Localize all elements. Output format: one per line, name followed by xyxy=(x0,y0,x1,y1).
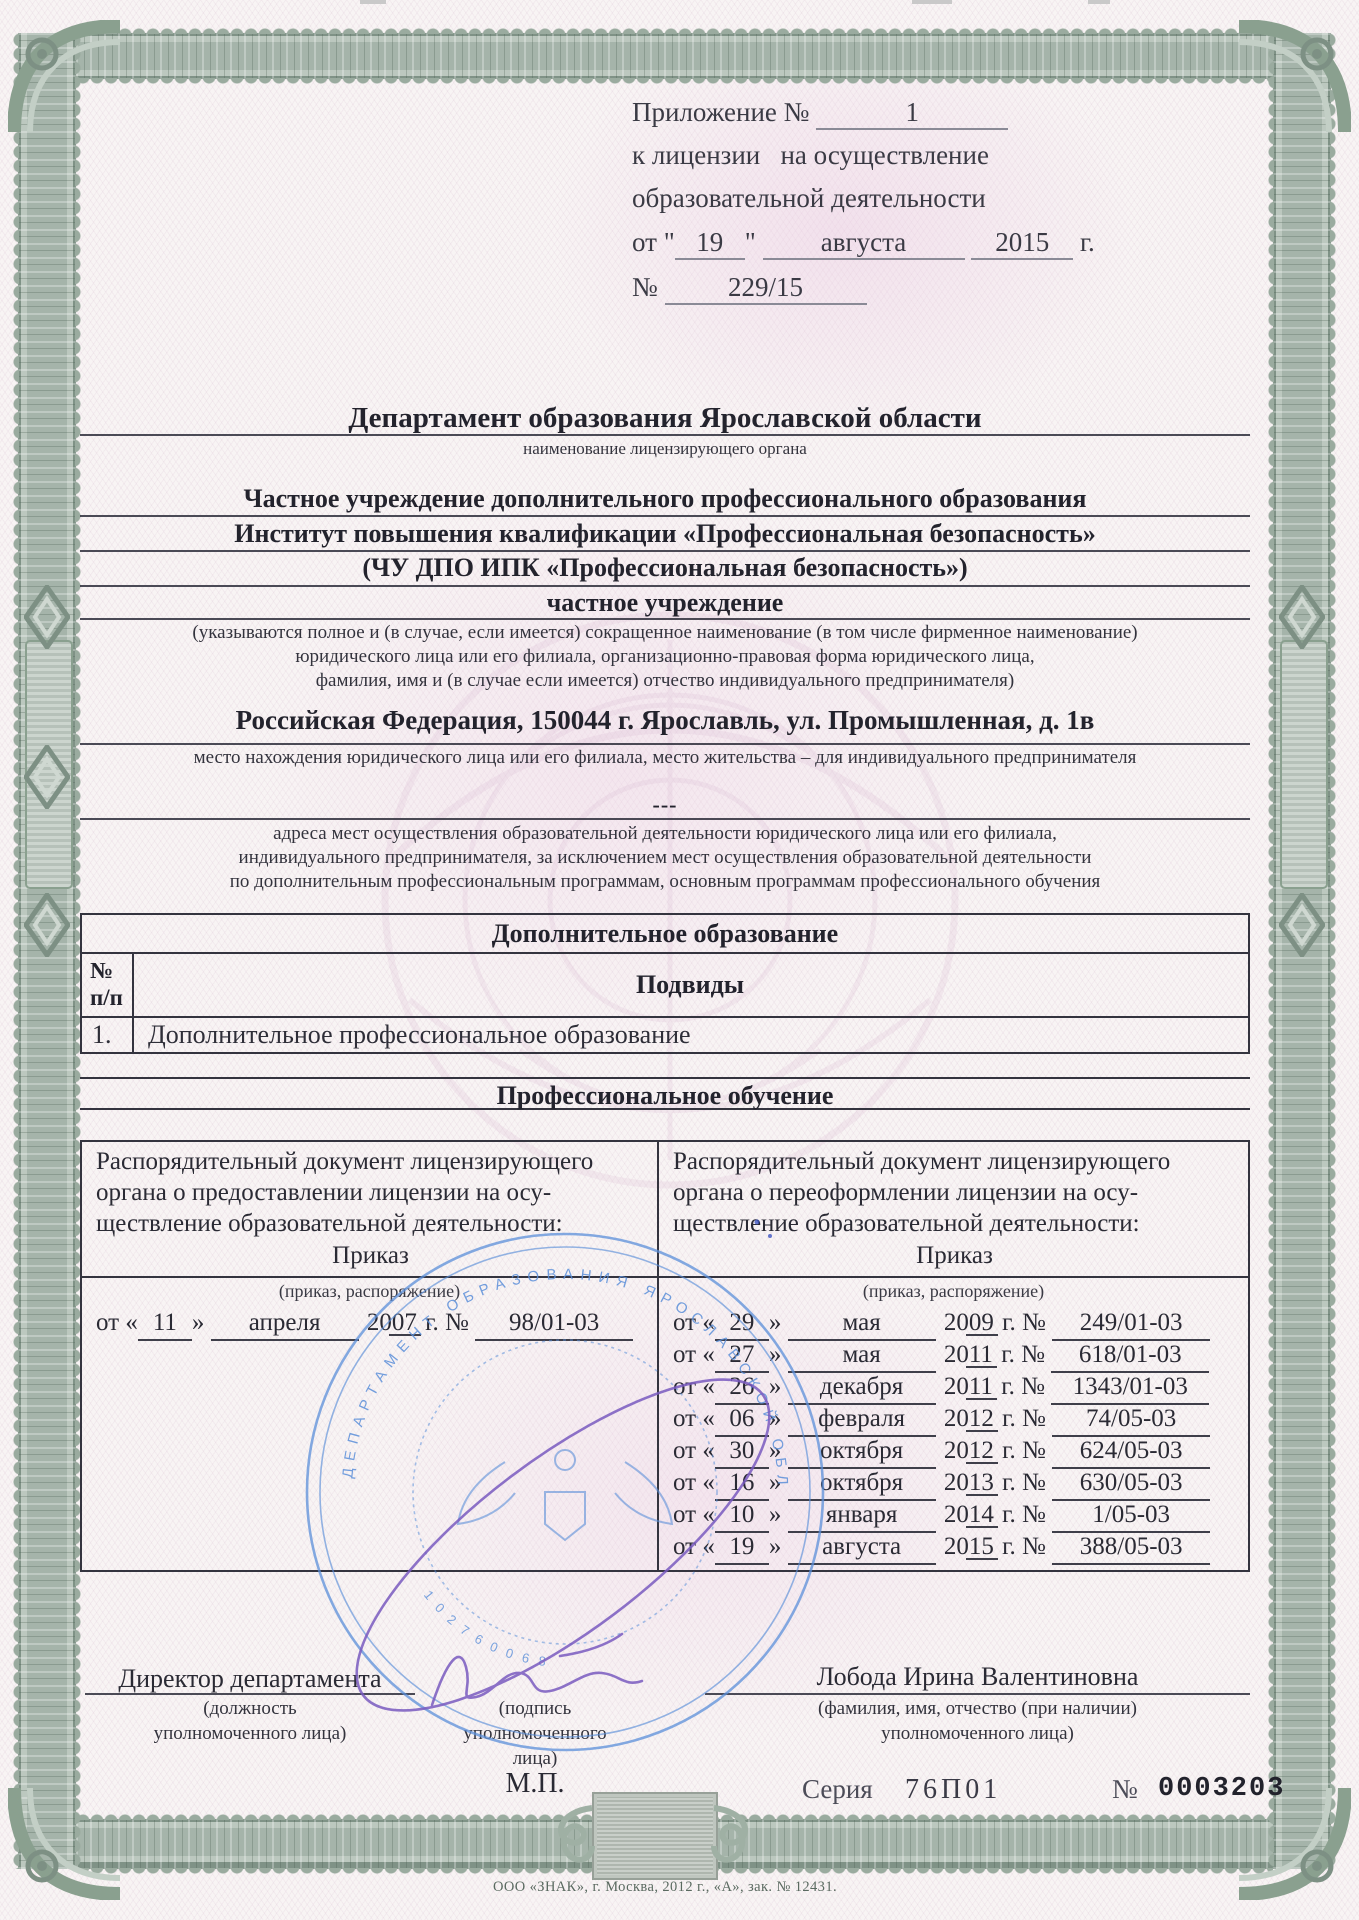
signer-position: Директор департамента xyxy=(85,1664,415,1694)
order-month: мая xyxy=(788,1339,936,1373)
rule xyxy=(80,743,1250,745)
order-number: 74/05-03 xyxy=(1052,1403,1210,1437)
position-caption-1: (должность xyxy=(85,1698,415,1720)
organization-note-line: юридического лица или его филиала, орган… xyxy=(80,645,1250,669)
license-date-year: 2015 xyxy=(971,227,1073,260)
order-number: 249/01-03 xyxy=(1052,1307,1210,1341)
sign-caption-3: лица) xyxy=(395,1748,675,1770)
table-title: Дополнительное образование xyxy=(82,915,1248,954)
licensor-caption: наименование лицензирующего органа xyxy=(80,439,1250,459)
rule xyxy=(85,1693,415,1695)
order-row: от «16» октября 2013 г. № 630/05-03 xyxy=(673,1467,1248,1499)
activity-address-note-line: по дополнительным профессиональным прогр… xyxy=(80,870,1250,894)
license-date-month: августа xyxy=(763,227,965,260)
order-day: 10 xyxy=(715,1499,769,1533)
order-row: от «19» августа 2015 г. № 388/05-03 xyxy=(673,1531,1248,1563)
order-year: 2014 xyxy=(942,1499,996,1531)
order-month: января xyxy=(788,1499,936,1533)
scan-mark xyxy=(360,0,386,4)
scan-mark xyxy=(912,0,952,4)
order-day: 30 xyxy=(715,1435,769,1469)
border-knot-ornament xyxy=(24,585,70,649)
reissue-order-header: Распорядительный документ лицензирующего… xyxy=(659,1142,1248,1278)
row-value: Дополнительное профессиональное образова… xyxy=(148,1018,691,1052)
header-line: Распорядительный документ лицензирующего xyxy=(673,1146,1236,1177)
licensor-name: Департамент образования Ярославской обла… xyxy=(80,402,1250,435)
date-suffix: г. xyxy=(1080,227,1095,257)
activity-address-note-line: адреса мест осуществления образовательно… xyxy=(80,822,1250,846)
order-number: 630/05-03 xyxy=(1052,1467,1210,1501)
order-row: от «06» февраля 2012 г. № 74/05-03 xyxy=(673,1403,1248,1435)
activity-address-note: адреса мест осуществления образовательно… xyxy=(80,822,1250,894)
column-header-subtypes: Подвиды xyxy=(132,954,1248,1016)
order-day: 27 xyxy=(715,1339,769,1373)
address-value: Российская Федерация, 150044 г. Ярославл… xyxy=(80,705,1250,736)
guilloche-border-top xyxy=(76,33,1273,79)
activity-address-placeholder: --- xyxy=(80,792,1250,818)
header-line: ществление образовательной деятельности: xyxy=(673,1208,1236,1239)
grant-order-header: Распорядительный документ лицензирующего… xyxy=(82,1142,657,1278)
order-row: от «27» мая 2011 г. № 618/01-03 xyxy=(673,1339,1248,1371)
order-month: апреля xyxy=(211,1307,359,1341)
border-knot-ornament xyxy=(24,893,70,957)
order-month: августа xyxy=(788,1531,936,1565)
organization-name-line-1: Частное учреждение дополнительного профе… xyxy=(80,484,1250,514)
organization-note-line: (указываются полное и (в случае, если им… xyxy=(80,621,1250,645)
doc-type-caption: (приказ, распоряжение) xyxy=(82,1281,657,1302)
border-ornament-channel-right xyxy=(1280,640,1328,889)
doc-type-caption: (приказ, распоряжение) xyxy=(659,1281,1248,1302)
blank-number-value: 0003203 xyxy=(1158,1774,1285,1804)
orders-table: Распорядительный документ лицензирующего… xyxy=(80,1140,1250,1572)
order-row: от «11» апреля 2007 г. № 98/01-03 xyxy=(96,1307,657,1339)
header-line: ществление образовательной деятельности: xyxy=(96,1208,645,1239)
table-header-row: № п/п Подвиды xyxy=(82,954,1248,1018)
date-quote: " xyxy=(745,227,756,257)
appendix-line: Приложение № 1 xyxy=(632,97,1008,130)
order-year: 2012 xyxy=(942,1435,996,1467)
license-date-day: 19 xyxy=(675,227,745,260)
order-day: 06 xyxy=(715,1403,769,1437)
vocational-training-title: Профессиональное обучение xyxy=(80,1077,1250,1110)
name-caption-2: уполномоченного лица) xyxy=(700,1723,1255,1745)
header-line: органа о переоформлении лицензии на осу- xyxy=(673,1177,1236,1208)
order-year: 2015 xyxy=(942,1531,996,1563)
doc-type: Приказ xyxy=(673,1239,1236,1272)
reissue-order-cell: Распорядительный документ лицензирующего… xyxy=(659,1142,1248,1570)
border-knot-ornament xyxy=(1279,893,1325,957)
date-prefix: от " xyxy=(632,227,675,257)
license-appendix-document: Приложение № 1 к лицензии на осуществлен… xyxy=(0,0,1359,1920)
order-day: 19 xyxy=(715,1531,769,1565)
appendix-number: 1 xyxy=(816,97,1008,130)
order-year: 2007 xyxy=(365,1307,419,1339)
order-year: 2013 xyxy=(942,1467,996,1499)
border-knot-ornament xyxy=(1279,585,1325,649)
rule xyxy=(80,818,1250,820)
order-day: 29 xyxy=(715,1307,769,1341)
order-day: 16 xyxy=(715,1467,769,1501)
grant-order-rows: от «11» апреля 2007 г. № 98/01-03 xyxy=(82,1307,657,1339)
doc-type: Приказ xyxy=(96,1239,645,1272)
header-line: органа о предоставлении лицензии на осу- xyxy=(96,1177,645,1208)
rule xyxy=(705,1693,1250,1695)
order-row: от «26» декабря 2011 г. № 1343/01-03 xyxy=(673,1371,1248,1403)
appendix-label: Приложение № xyxy=(632,97,809,127)
row-number: 1. xyxy=(92,1018,112,1052)
sign-caption-2: уполномоченного xyxy=(395,1723,675,1745)
emboss-flourish-right xyxy=(710,1800,768,1866)
order-number: 1343/01-03 xyxy=(1051,1371,1209,1405)
rule xyxy=(80,550,1250,552)
rule xyxy=(80,618,1250,620)
order-month: октября xyxy=(788,1435,936,1469)
series-value: 76П01 xyxy=(905,1774,1001,1806)
rule xyxy=(80,434,1250,436)
sign-caption-1: (подпись xyxy=(395,1698,675,1720)
header-line-2: к лицензии на осуществление xyxy=(632,140,989,171)
address-caption: место нахождения юридического лица или е… xyxy=(80,747,1250,769)
corner-flourish xyxy=(1239,20,1351,132)
order-row: от «29» мая 2009 г. № 249/01-03 xyxy=(673,1307,1248,1339)
corner-flourish xyxy=(8,20,120,132)
corner-flourish xyxy=(1239,1788,1351,1900)
order-row: от «10» января 2014 г. № 1/05-03 xyxy=(673,1499,1248,1531)
order-year: 2011 xyxy=(942,1339,995,1371)
embossed-seal-block xyxy=(592,1792,718,1880)
order-number: 618/01-03 xyxy=(1051,1339,1209,1373)
license-number-label: № xyxy=(632,272,658,302)
blank-number-label: № xyxy=(1112,1774,1138,1805)
position-caption-2: уполномоченного лица) xyxy=(85,1723,415,1745)
order-month: декабря xyxy=(788,1371,936,1405)
organization-note: (указываются полное и (в случае, если им… xyxy=(80,621,1250,693)
order-month: мая xyxy=(788,1307,936,1341)
order-day: 11 xyxy=(138,1307,192,1341)
header-line-3: образовательной деятельности xyxy=(632,183,986,214)
signer-name: Лобода Ирина Валентиновна xyxy=(700,1662,1255,1692)
order-year: 2012 xyxy=(942,1403,996,1435)
rule xyxy=(80,515,1250,517)
order-month: февраля xyxy=(788,1403,936,1437)
grant-order-cell: Распорядительный документ лицензирующего… xyxy=(82,1142,659,1570)
order-number: 624/05-03 xyxy=(1052,1435,1210,1469)
license-number-value: 229/15 xyxy=(665,272,867,305)
activity-address-note-line: индивидуального предпринимателя, за искл… xyxy=(80,846,1250,870)
license-date-line: от "19" августа 2015 г. xyxy=(632,227,1095,260)
supplementary-education-table: Дополнительное образование № п/п Подвиды… xyxy=(80,913,1250,1054)
stamp-ring-digits: 102760068 xyxy=(421,1587,557,1669)
series-label: Серия xyxy=(802,1774,873,1805)
license-number-line: № 229/15 xyxy=(632,272,867,305)
organization-short-name: (ЧУ ДПО ИПК «Профессиональная безопаснос… xyxy=(80,553,1250,583)
rule xyxy=(80,585,1250,587)
table-divider xyxy=(132,952,134,1052)
table-row: 1. Дополнительное профессиональное образ… xyxy=(82,1018,1248,1054)
order-number: 98/01-03 xyxy=(475,1307,633,1341)
order-year: 2009 xyxy=(942,1307,996,1339)
order-number: 1/05-03 xyxy=(1052,1499,1210,1533)
organization-legal-form: частное учреждение xyxy=(80,588,1250,618)
svg-text:102760068: 102760068 xyxy=(421,1587,557,1669)
printer-imprint: ООО «ЗНАК», г. Москва, 2012 г., «А», зак… xyxy=(80,1879,1250,1896)
border-knot-ornament xyxy=(24,745,70,809)
header-line: Распорядительный документ лицензирующего xyxy=(96,1146,645,1177)
order-month: октября xyxy=(788,1467,936,1501)
reissue-order-rows: от «29» мая 2009 г. № 249/01-03 от «27» … xyxy=(659,1307,1248,1563)
order-day: 26 xyxy=(715,1371,769,1405)
order-row: от «30» октября 2012 г. № 624/05-03 xyxy=(673,1435,1248,1467)
name-caption-1: (фамилия, имя, отчество (при наличии) xyxy=(700,1698,1255,1720)
order-year: 2011 xyxy=(942,1371,995,1403)
order-number: 388/05-03 xyxy=(1052,1531,1210,1565)
organization-note-line: фамилия, имя и (в случае если имеется) о… xyxy=(80,669,1250,693)
emboss-flourish-left xyxy=(538,1800,596,1866)
organization-name-line-2: Институт повышения квалификации «Професс… xyxy=(80,519,1250,549)
scan-mark xyxy=(1088,0,1110,4)
